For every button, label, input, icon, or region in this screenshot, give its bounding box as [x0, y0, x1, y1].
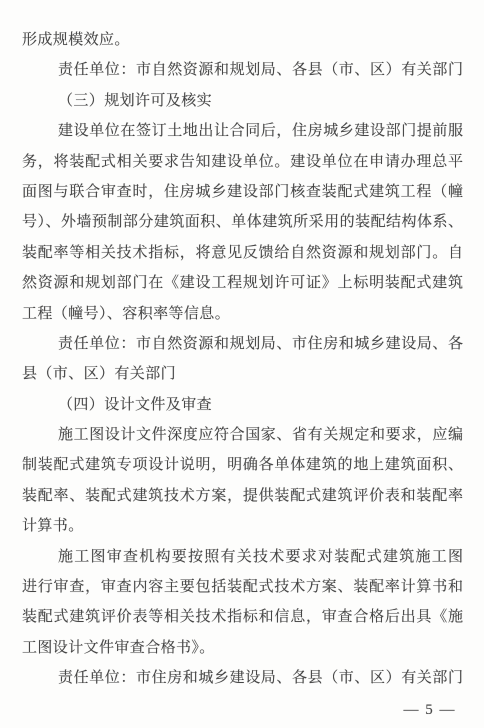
text-line: 工程（幢号）、容积率等信息。 [22, 299, 463, 329]
text-line: 责任单位：市自然资源和规划局、市住房和城乡建设局、各 [22, 329, 463, 359]
text-line: 工图设计文件审查合格书》。 [22, 633, 463, 663]
text-line: 建设单位在签订土地出让合同后，住房城乡建设部门提前服 [22, 116, 463, 146]
text-line: （三）规划许可及核实 [22, 86, 463, 116]
page-number: — 5 — [404, 700, 457, 720]
text-line: 然资源和规划部门在《建设工程规划许可证》上标明装配式建筑 [22, 268, 463, 298]
document-body: 形成规模效应。责任单位：市自然资源和规划局、各县（市、区）有关部门（三）规划许可… [22, 25, 463, 694]
text-line: 制装配式建筑专项设计说明，明确各单体建筑的地上建筑面积、 [22, 450, 463, 480]
text-line: 装配式建筑评价表等相关技术指标和信息，审查合格后出具《施 [22, 602, 463, 632]
text-line: 计算书。 [22, 511, 463, 541]
text-line: 面图与联合审查时，住房城乡建设部门核查装配式建筑工程（幢 [22, 177, 463, 207]
text-line: 装配率、装配式建筑技术方案，提供装配式建筑评价表和装配率 [22, 481, 463, 511]
text-line: 责任单位：市自然资源和规划局、各县（市、区）有关部门 [22, 55, 463, 85]
text-line: （四）设计文件及审查 [22, 390, 463, 420]
text-line: 施工图设计文件深度应符合国家、省有关规定和要求，应编 [22, 420, 463, 450]
text-line: 进行审查，审查内容主要包括装配式技术方案、装配率计算书和 [22, 572, 463, 602]
text-line: 务，将装配式相关要求告知建设单位。建设单位在申请办理总平 [22, 147, 463, 177]
text-line: 施工图审查机构要按照有关技术要求对装配式建筑施工图 [22, 542, 463, 572]
document-page: 形成规模效应。责任单位：市自然资源和规划局、各县（市、区）有关部门（三）规划许可… [0, 0, 484, 728]
text-line: 县（市、区）有关部门 [22, 359, 463, 389]
text-line: 责任单位：市住房和城乡建设局、各县（市、区）有关部门 [22, 663, 463, 693]
text-line: 号）、外墙预制部分建筑面积、单体建筑所采用的装配结构体系、 [22, 207, 463, 237]
text-line: 形成规模效应。 [22, 25, 463, 55]
text-line: 装配率等相关技术指标，将意见反馈给自然资源和规划部门。自 [22, 238, 463, 268]
